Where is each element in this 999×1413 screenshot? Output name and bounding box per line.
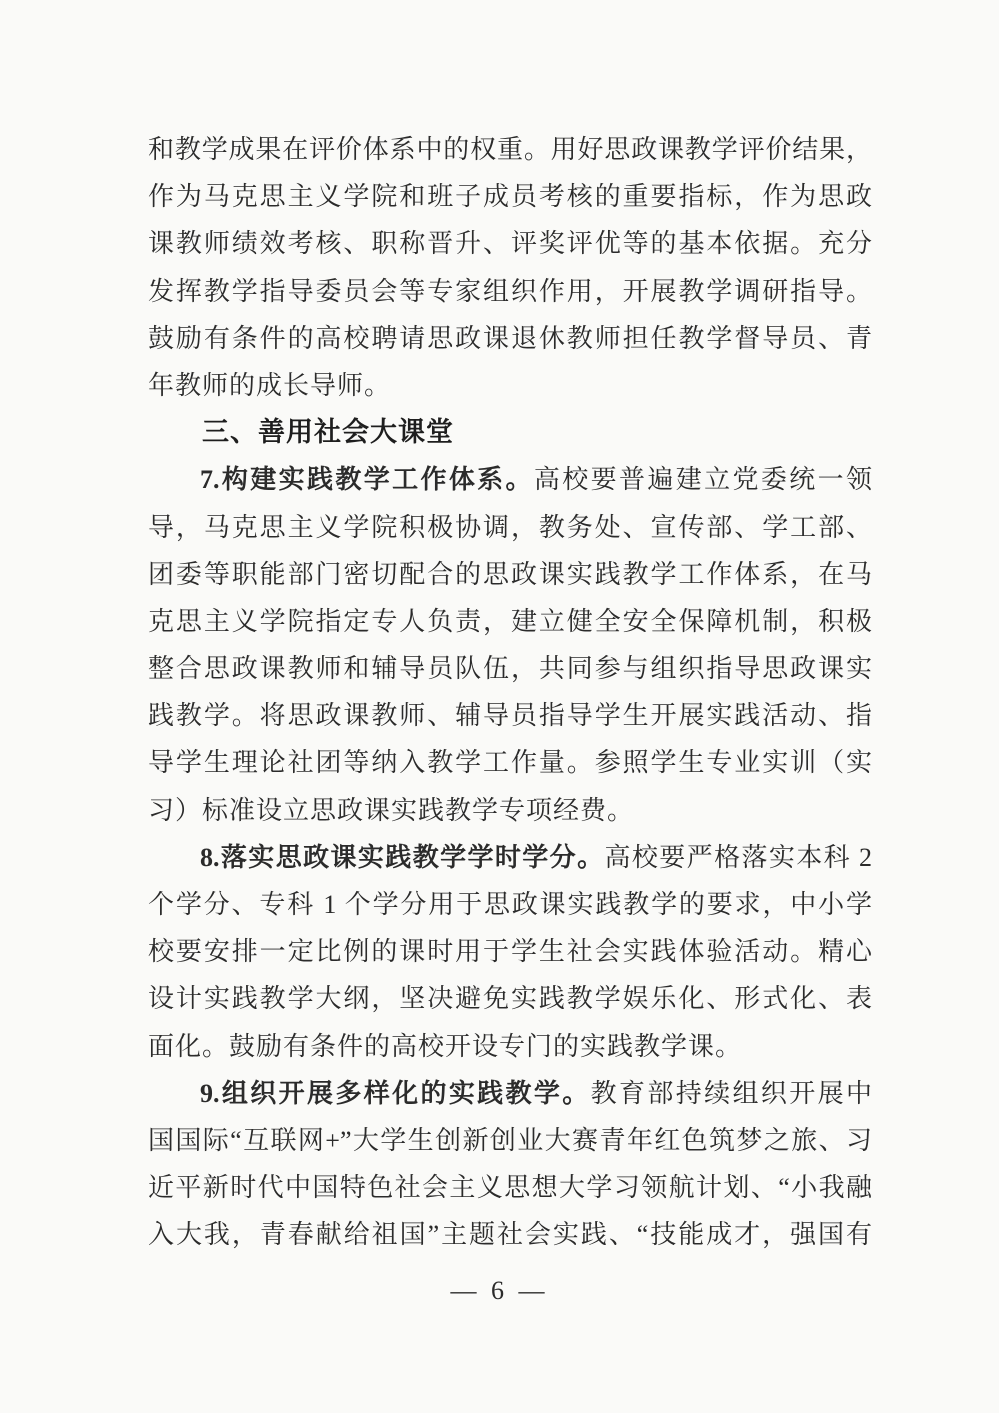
text-line: 入大我，青春献给祖国”主题社会实践、“技能成才，强国有 bbox=[148, 1211, 872, 1258]
document-page: 和教学成果在评价体系中的权重。用好思政课教学评价结果， 作为马克思主义学院和班子… bbox=[0, 0, 999, 1413]
paragraph-lead: 7.构建实践教学工作体系。 bbox=[200, 465, 534, 494]
text-line: 年教师的成长导师。 bbox=[148, 362, 872, 409]
text-line: 克思主义学院指定专人负责，建立健全安全保障机制，积极 bbox=[148, 598, 872, 645]
text-line: 课教师绩效考核、职称晋升、评奖评优等的基本依据。充分 bbox=[148, 220, 872, 267]
text-line: 设计实践教学大纲，坚决避免实践教学娱乐化、形式化、表 bbox=[148, 975, 872, 1022]
paragraph-text: 高校要普遍建立党委统一领 bbox=[534, 465, 872, 494]
text-line: 整合思政课教师和辅导员队伍，共同参与组织指导思政课实 bbox=[148, 645, 872, 692]
text-line: 习）标准设立思政课实践教学专项经费。 bbox=[148, 787, 872, 834]
paragraph-start-line: 9.组织开展多样化的实践教学。教育部持续组织开展中 bbox=[148, 1070, 872, 1117]
section-heading: 三、善用社会大课堂 bbox=[148, 409, 872, 456]
text-line: 导学生理论社团等纳入教学工作量。参照学生专业实训（实 bbox=[148, 739, 872, 786]
text-line: 个学分、专科 1 个学分用于思政课实践教学的要求，中小学 bbox=[148, 881, 872, 928]
text-line: 校要安排一定比例的课时用于学生社会实践体验活动。精心 bbox=[148, 928, 872, 975]
text-line: 国国际“互联网+”大学生创新创业大赛青年红色筑梦之旅、习 bbox=[148, 1117, 872, 1164]
text-line: 践教学。将思政课教师、辅导员指导学生开展实践活动、指 bbox=[148, 692, 872, 739]
text-line: 近平新时代中国特色社会主义思想大学习领航计划、“小我融 bbox=[148, 1164, 872, 1211]
paragraph-start-line: 8.落实思政课实践教学学时学分。高校要严格落实本科 2 bbox=[148, 834, 872, 881]
text-line: 和教学成果在评价体系中的权重。用好思政课教学评价结果， bbox=[148, 126, 872, 173]
text-line: 团委等职能部门密切配合的思政课实践教学工作体系，在马 bbox=[148, 551, 872, 598]
document-body: 和教学成果在评价体系中的权重。用好思政课教学评价结果， 作为马克思主义学院和班子… bbox=[148, 126, 872, 1259]
page-number: — 6 — bbox=[0, 1276, 999, 1306]
paragraph-lead: 8.落实思政课实践教学学时学分。 bbox=[200, 843, 604, 872]
paragraph-text: 教育部持续组织开展中 bbox=[591, 1079, 872, 1108]
paragraph-text: 高校要严格落实本科 2 bbox=[604, 843, 872, 872]
text-line: 发挥教学指导委员会等专家组织作用，开展教学调研指导。 bbox=[148, 268, 872, 315]
text-line: 作为马克思主义学院和班子成员考核的重要指标，作为思政 bbox=[148, 173, 872, 220]
text-line: 导，马克思主义学院积极协调，教务处、宣传部、学工部、 bbox=[148, 504, 872, 551]
text-line: 面化。鼓励有条件的高校开设专门的实践教学课。 bbox=[148, 1023, 872, 1070]
paragraph-lead: 9.组织开展多样化的实践教学。 bbox=[200, 1079, 591, 1108]
paragraph-start-line: 7.构建实践教学工作体系。高校要普遍建立党委统一领 bbox=[148, 456, 872, 503]
text-line: 鼓励有条件的高校聘请思政课退休教师担任教学督导员、青 bbox=[148, 315, 872, 362]
